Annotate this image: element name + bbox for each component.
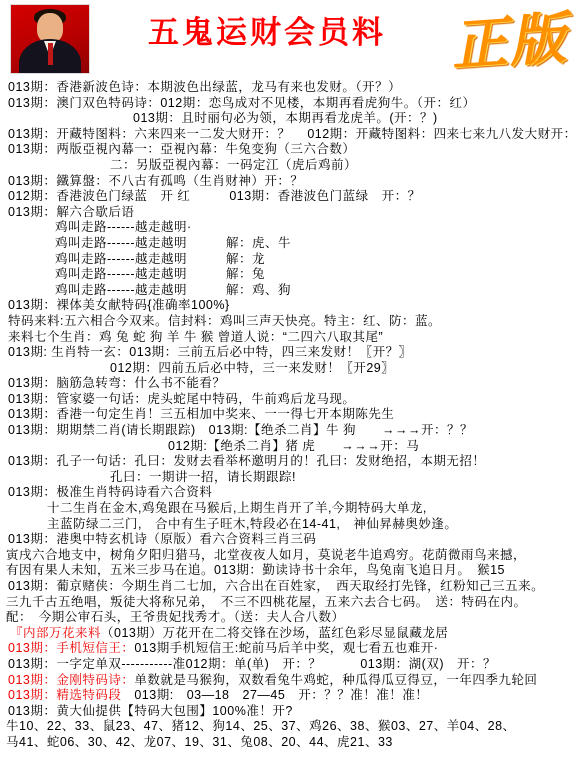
text-line: 孔曰：一期讲一招，请长期跟踪! <box>0 470 575 486</box>
text-segment: 013期：港奥中特玄机诗（原版）看六合资料三肖三码 <box>8 532 316 546</box>
text-segment: 鸡叫走路------越走越明· <box>55 220 192 234</box>
text-line: 013期：且时丽句必为领，本期再看龙虎羊。(开：？) <box>0 111 575 127</box>
text-segment: 012期：四前五后必中特，三一来发财！〖开29〗 <box>110 361 394 375</box>
portrait-photo <box>10 4 90 74</box>
text-segment: 013期：香港一句定生肖！三五相加中奖来、一一得七开本期陈先生 <box>8 407 394 421</box>
text-line: 012期：四前五后必中特，三一来发财！〖开29〗 <box>0 361 575 377</box>
text-segment: 012期:【绝杀二肖】猪 虎 →→→开：马 <box>168 439 419 453</box>
text-segment: 十二生肖在金木,鸡兔跟在马猴后,上期生肖开了羊,今期特码大单龙, <box>47 501 427 515</box>
text-segment: 牛10、22、33、鼠23、47、猪12、狗14、25、37、鸡26、38、猴0… <box>6 719 516 733</box>
text-line: 013期：一字定单双-----------准012期：单(单) 开：？ 013期… <box>0 657 575 673</box>
page: 五鬼运财会员料 正版 013期：香港新波色诗：本期波色出绿蓝，龙马有来也发财。（… <box>0 0 575 758</box>
text-line: 鸡叫走路------越走越明 解：虎、牛 <box>0 236 575 252</box>
text-segment: 013期：裸体美女献特码{准确率100%} <box>8 298 230 312</box>
text-line: 鸡叫走路------越走越明· <box>0 220 575 236</box>
text-segment: 013期: 生肖特一玄：013期：三前五后必中特，四三来发财！〖开？〗 <box>8 345 412 359</box>
text-segment: 013期：开藏特图料：六来四来一二发大财开：？ 012期：开藏特图料：四来七来九… <box>8 127 575 141</box>
text-segment: 013期：孔子一句话：孔曰：发财去看举杯邀明月的！孔曰：发财绝招，本期无招！ <box>8 454 485 468</box>
text-segment: 012期：香港波色门绿蓝 开 红 013期：香港波色门蓝绿 开：？ <box>8 189 421 203</box>
text-segment: 来料七个生肖：鸡 兔 蛇 狗 羊 牛 猴 曾道人说：“二四六八取其尾” <box>8 330 383 344</box>
text-segment: 013期：极准生肖特码诗看六合资料 <box>8 485 212 499</box>
text-segment: 013期：鐵算盤：不八古有孤鸣（生肖财神）开：？ <box>8 174 303 188</box>
text-line: 013期：手机短信王：013期手机短信王:蛇前马后羊中奖，观七看五也难开· <box>0 641 575 657</box>
text-segment: 013期：澳门双色特码诗：012期：恋鸟成对不见楼，本期再看虎狗牛。（开：红） <box>8 96 475 110</box>
text-segment: 013期：黄大仙提供【特码大包围】100%准！开? <box>8 704 293 718</box>
text-line: 013期：期期禁二肖(请长期跟踪) 013期:【绝杀二肖】牛 狗 →→→开：？？ <box>0 423 575 439</box>
text-line: 013期：管家婆一句话：虎头蛇尾中特码，牛前鸡后龙马现。 <box>0 392 575 408</box>
text-segment: 单数就是马猴狗，双数看兔牛鸡蛇，种瓜得瓜豆得豆，一年四季九轮回 <box>134 673 537 687</box>
text-line: 013期：港奥中特玄机诗（原版）看六合资料三肖三码 <box>0 532 575 548</box>
text-line: 三九千古五绝唱，叛徒大将称兄弟， 不三不四桃花屋，五来六去合七码。 送：特码在内… <box>0 595 575 611</box>
text-segment: （013期）万花开在二将交锋在沙场，蓝红色彩尽显鼠藏龙居 <box>101 626 448 640</box>
text-line: 鸡叫走路------越走越明 解：龙 <box>0 252 575 268</box>
text-segment: 013期：葡京赌侠：今期生肖二七加，六合出在百姓家， 西天取经打先锋，红粉知己三… <box>8 579 544 593</box>
text-line: 寅戌六合地支中，树角夕阳归猎马，北堂夜夜人如月，莫说老牛追鸡穷。花荫微雨鸟来撼， <box>0 548 575 564</box>
text-segment: 鸡叫走路------越走越明 解：龙 <box>55 252 265 266</box>
text-line: 配： 今期公审石头，王爷贵妃找秀才。（送：夫人合八数） <box>0 610 575 626</box>
text-segment: 寅戌六合地支中，树角夕阳归猎马，北堂夜夜人如月，莫说老牛追鸡穷。花荫微雨鸟来撼， <box>6 548 526 562</box>
content: 013期：香港新波色诗：本期波色出绿蓝，龙马有来也发财。（开？）013期：澳门双… <box>0 80 575 751</box>
text-segment: 013期：金刚特码诗： <box>8 673 134 687</box>
text-line: 特码来料:五六相合今双来。信封料：鸡叫三声天快亮。特主：红、防：蓝。 <box>0 314 575 330</box>
text-segment: 二：另版亞視內幕：一码定江（虎后鸡前） <box>110 158 357 172</box>
text-segment: 配： 今期公审石头，王爷贵妃找秀才。（送：夫人合八数） <box>6 610 345 624</box>
text-line: 有因有果人未知，五米三步马在追。013期：勤读诗书十余年，鸟兔南飞追日月。 猴1… <box>0 563 575 579</box>
text-segment: 013期手机短信王:蛇前马后羊中奖，观七看五也难开· <box>134 641 438 655</box>
text-segment: 『内部万花来料 <box>10 626 101 640</box>
text-segment: 013期：脑筋急转弯：什么书不能看？ <box>8 376 225 390</box>
text-line: 鸡叫走路------越走越明 解：兔 <box>0 267 575 283</box>
text-segment: 孔曰：一期讲一招，请长期跟踪! <box>110 470 296 484</box>
text-line: 013期：精选特码段 013期: 03—18 27—45 开：？？准！准！准！ <box>0 688 575 704</box>
text-line: 012期：香港波色门绿蓝 开 红 013期：香港波色门蓝绿 开：？ <box>0 189 575 205</box>
page-title: 五鬼运财会员料 <box>122 14 412 52</box>
text-segment: 特码来料:五六相合今双来。信封料：鸡叫三声天快亮。特主：红、防：蓝。 <box>8 314 441 328</box>
text-line: 来料七个生肖：鸡 兔 蛇 狗 羊 牛 猴 曾道人说：“二四六八取其尾” <box>0 330 575 346</box>
text-segment: 013期：两版亞視內幕一：亞視內幕：牛兔变狗（三六合数） <box>8 142 355 156</box>
text-segment: 鸡叫走路------越走越明 解：鸡、狗 <box>55 283 291 297</box>
text-segment: 鸡叫走路------越走越明 解：虎、牛 <box>55 236 291 250</box>
text-segment: 013期：手机短信王： <box>8 641 134 655</box>
text-line: 013期：澳门双色特码诗：012期：恋鸟成对不见楼，本期再看虎狗牛。（开：红） <box>0 96 575 112</box>
text-segment: 013期：期期禁二肖(请长期跟踪) 013期:【绝杀二肖】牛 狗 →→→开：？？ <box>8 423 473 437</box>
authentic-stamp: 正版 <box>448 0 569 82</box>
text-segment: 鸡叫走路------越走越明 解：兔 <box>55 267 265 281</box>
text-line: 013期：开藏特图料：六来四来一二发大财开：？ 012期：开藏特图料：四来七来九… <box>0 127 575 143</box>
text-segment: 有因有果人未知，五米三步马在追。013期：勤读诗书十余年，鸟兔南飞追日月。 猴1… <box>6 563 505 577</box>
text-segment: 013期：解六合歇后语 <box>8 205 134 219</box>
text-segment: 三九千古五绝唱，叛徒大将称兄弟， 不三不四桃花屋，五来六去合七码。 送：特码在内… <box>6 595 527 609</box>
text-line: 马41、蛇06、30、42、龙07、19、31、兔08、20、44、虎21、33 <box>0 735 575 751</box>
text-line: 013期：葡京赌侠：今期生肖二七加，六合出在百姓家， 西天取经打先锋，红粉知己三… <box>0 579 575 595</box>
text-segment: 013期：一字定单双-----------准012期：单(单) 开：？ 013期… <box>8 657 496 671</box>
text-line: 013期: 生肖特一玄：013期：三前五后必中特，四三来发财！〖开？〗 <box>0 345 575 361</box>
photo-tie <box>48 43 53 65</box>
text-line: 013期：极准生肖特码诗看六合资料 <box>0 485 575 501</box>
text-line: 牛10、22、33、鼠23、47、猪12、狗14、25、37、鸡26、38、猴0… <box>0 719 575 735</box>
text-line: 013期：鐵算盤：不八古有孤鸣（生肖财神）开：？ <box>0 174 575 190</box>
text-line: 013期：黄大仙提供【特码大包围】100%准！开? <box>0 704 575 720</box>
text-segment: 013期：香港新波色诗：本期波色出绿蓝，龙马有来也发财。（开？） <box>8 80 401 94</box>
text-line: 013期：解六合歇后语 <box>0 205 575 221</box>
text-segment: 013期：管家婆一句话：虎头蛇尾中特码，牛前鸡后龙马现。 <box>8 392 355 406</box>
text-line: 013期：金刚特码诗：单数就是马猴狗，双数看兔牛鸡蛇，种瓜得瓜豆得豆，一年四季九… <box>0 673 575 689</box>
text-line: 鸡叫走路------越走越明 解：鸡、狗 <box>0 283 575 299</box>
header: 五鬼运财会员料 正版 <box>0 0 575 78</box>
text-segment: 013期: 03—18 27—45 开：？？准！准！准！ <box>121 688 428 702</box>
text-line: 013期：孔子一句话：孔曰：发财去看举杯邀明月的！孔曰：发财绝招，本期无招！ <box>0 454 575 470</box>
text-line: 『内部万花来料（013期）万花开在二将交锋在沙场，蓝红色彩尽显鼠藏龙居 <box>0 626 575 642</box>
text-line: 012期:【绝杀二肖】猪 虎 →→→开：马 <box>0 439 575 455</box>
text-line: 主蓝防绿二三门, 合中有生子旺木,特段必在14-41, 神仙昇赫奥妙逢。 <box>0 517 575 533</box>
text-segment: 主蓝防绿二三门, 合中有生子旺木,特段必在14-41, 神仙昇赫奥妙逢。 <box>47 517 457 531</box>
text-line: 013期：两版亞視內幕一：亞視內幕：牛兔变狗（三六合数） <box>0 142 575 158</box>
text-segment: 013期：精选特码段 <box>8 688 121 702</box>
text-line: 013期：脑筋急转弯：什么书不能看？ <box>0 376 575 392</box>
text-segment: 马41、蛇06、30、42、龙07、19、31、兔08、20、44、虎21、33 <box>6 735 393 749</box>
text-segment: 013期：且时丽句必为领，本期再看龙虎羊。(开：？) <box>133 111 438 125</box>
text-line: 013期：香港一句定生肖！三五相加中奖来、一一得七开本期陈先生 <box>0 407 575 423</box>
text-line: 二：另版亞視內幕：一码定江（虎后鸡前） <box>0 158 575 174</box>
text-line: 十二生肖在金木,鸡兔跟在马猴后,上期生肖开了羊,今期特码大单龙, <box>0 501 575 517</box>
text-line: 013期：香港新波色诗：本期波色出绿蓝，龙马有来也发财。（开？） <box>0 80 575 96</box>
text-line: 013期：裸体美女献特码{准确率100%} <box>0 298 575 314</box>
